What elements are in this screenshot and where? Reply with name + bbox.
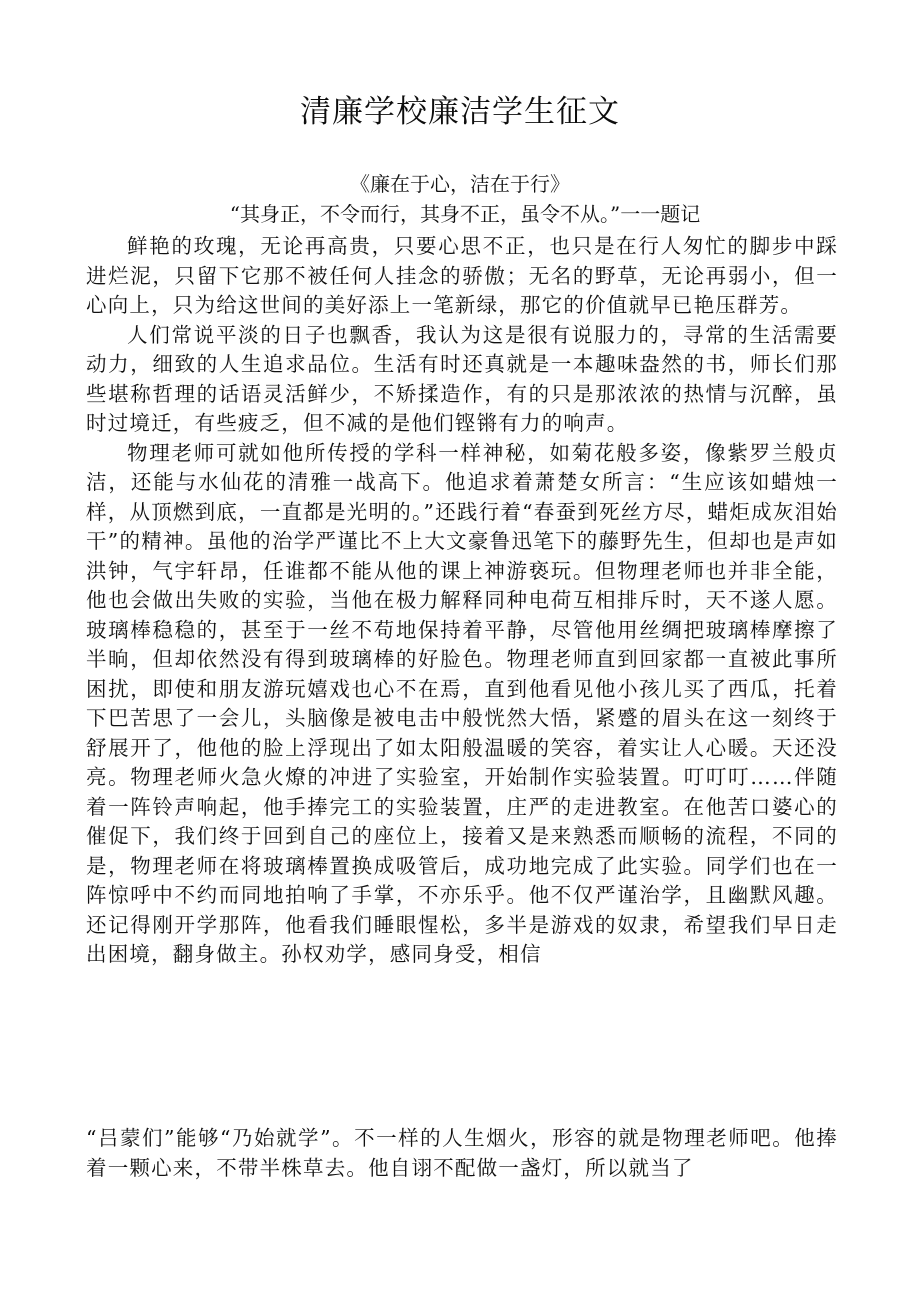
epigraph: “其身正，不令而行，其身不正，虽令不从。”一一题记 <box>0 200 920 228</box>
paragraph-continuation: “吕蒙们”能够“乃始就学”。不一样的人生烟火，形容的就是物理老师吧。他捧着一颗心… <box>86 1124 838 1183</box>
essay-title: 《廉在于心，洁在于行》 <box>0 170 920 198</box>
paragraph-3: 物理老师可就如他所传授的学科一样神秘，如菊花般多姿，像紫罗兰般贞洁，还能与水仙花… <box>86 439 838 970</box>
essay-body: 鲜艳的玫瑰，无论再高贵，只要心思不正，也只是在行人匆忙的脚步中踩进烂泥，只留下它… <box>86 232 838 970</box>
paragraph-2: 人们常说平淡的日子也飘香，我认为这是很有说服力的，寻常的生活需要动力，细致的人生… <box>86 321 838 439</box>
essay-continuation: “吕蒙们”能够“乃始就学”。不一样的人生烟火，形容的就是物理老师吧。他捧着一颗心… <box>86 1124 838 1183</box>
document-title: 清廉学校廉洁学生征文 <box>0 92 920 132</box>
paragraph-1: 鲜艳的玫瑰，无论再高贵，只要心思不正，也只是在行人匆忙的脚步中踩进烂泥，只留下它… <box>86 232 838 321</box>
document-page: 清廉学校廉洁学生征文 《廉在于心，洁在于行》 “其身正，不令而行，其身不正，虽令… <box>0 0 920 1301</box>
